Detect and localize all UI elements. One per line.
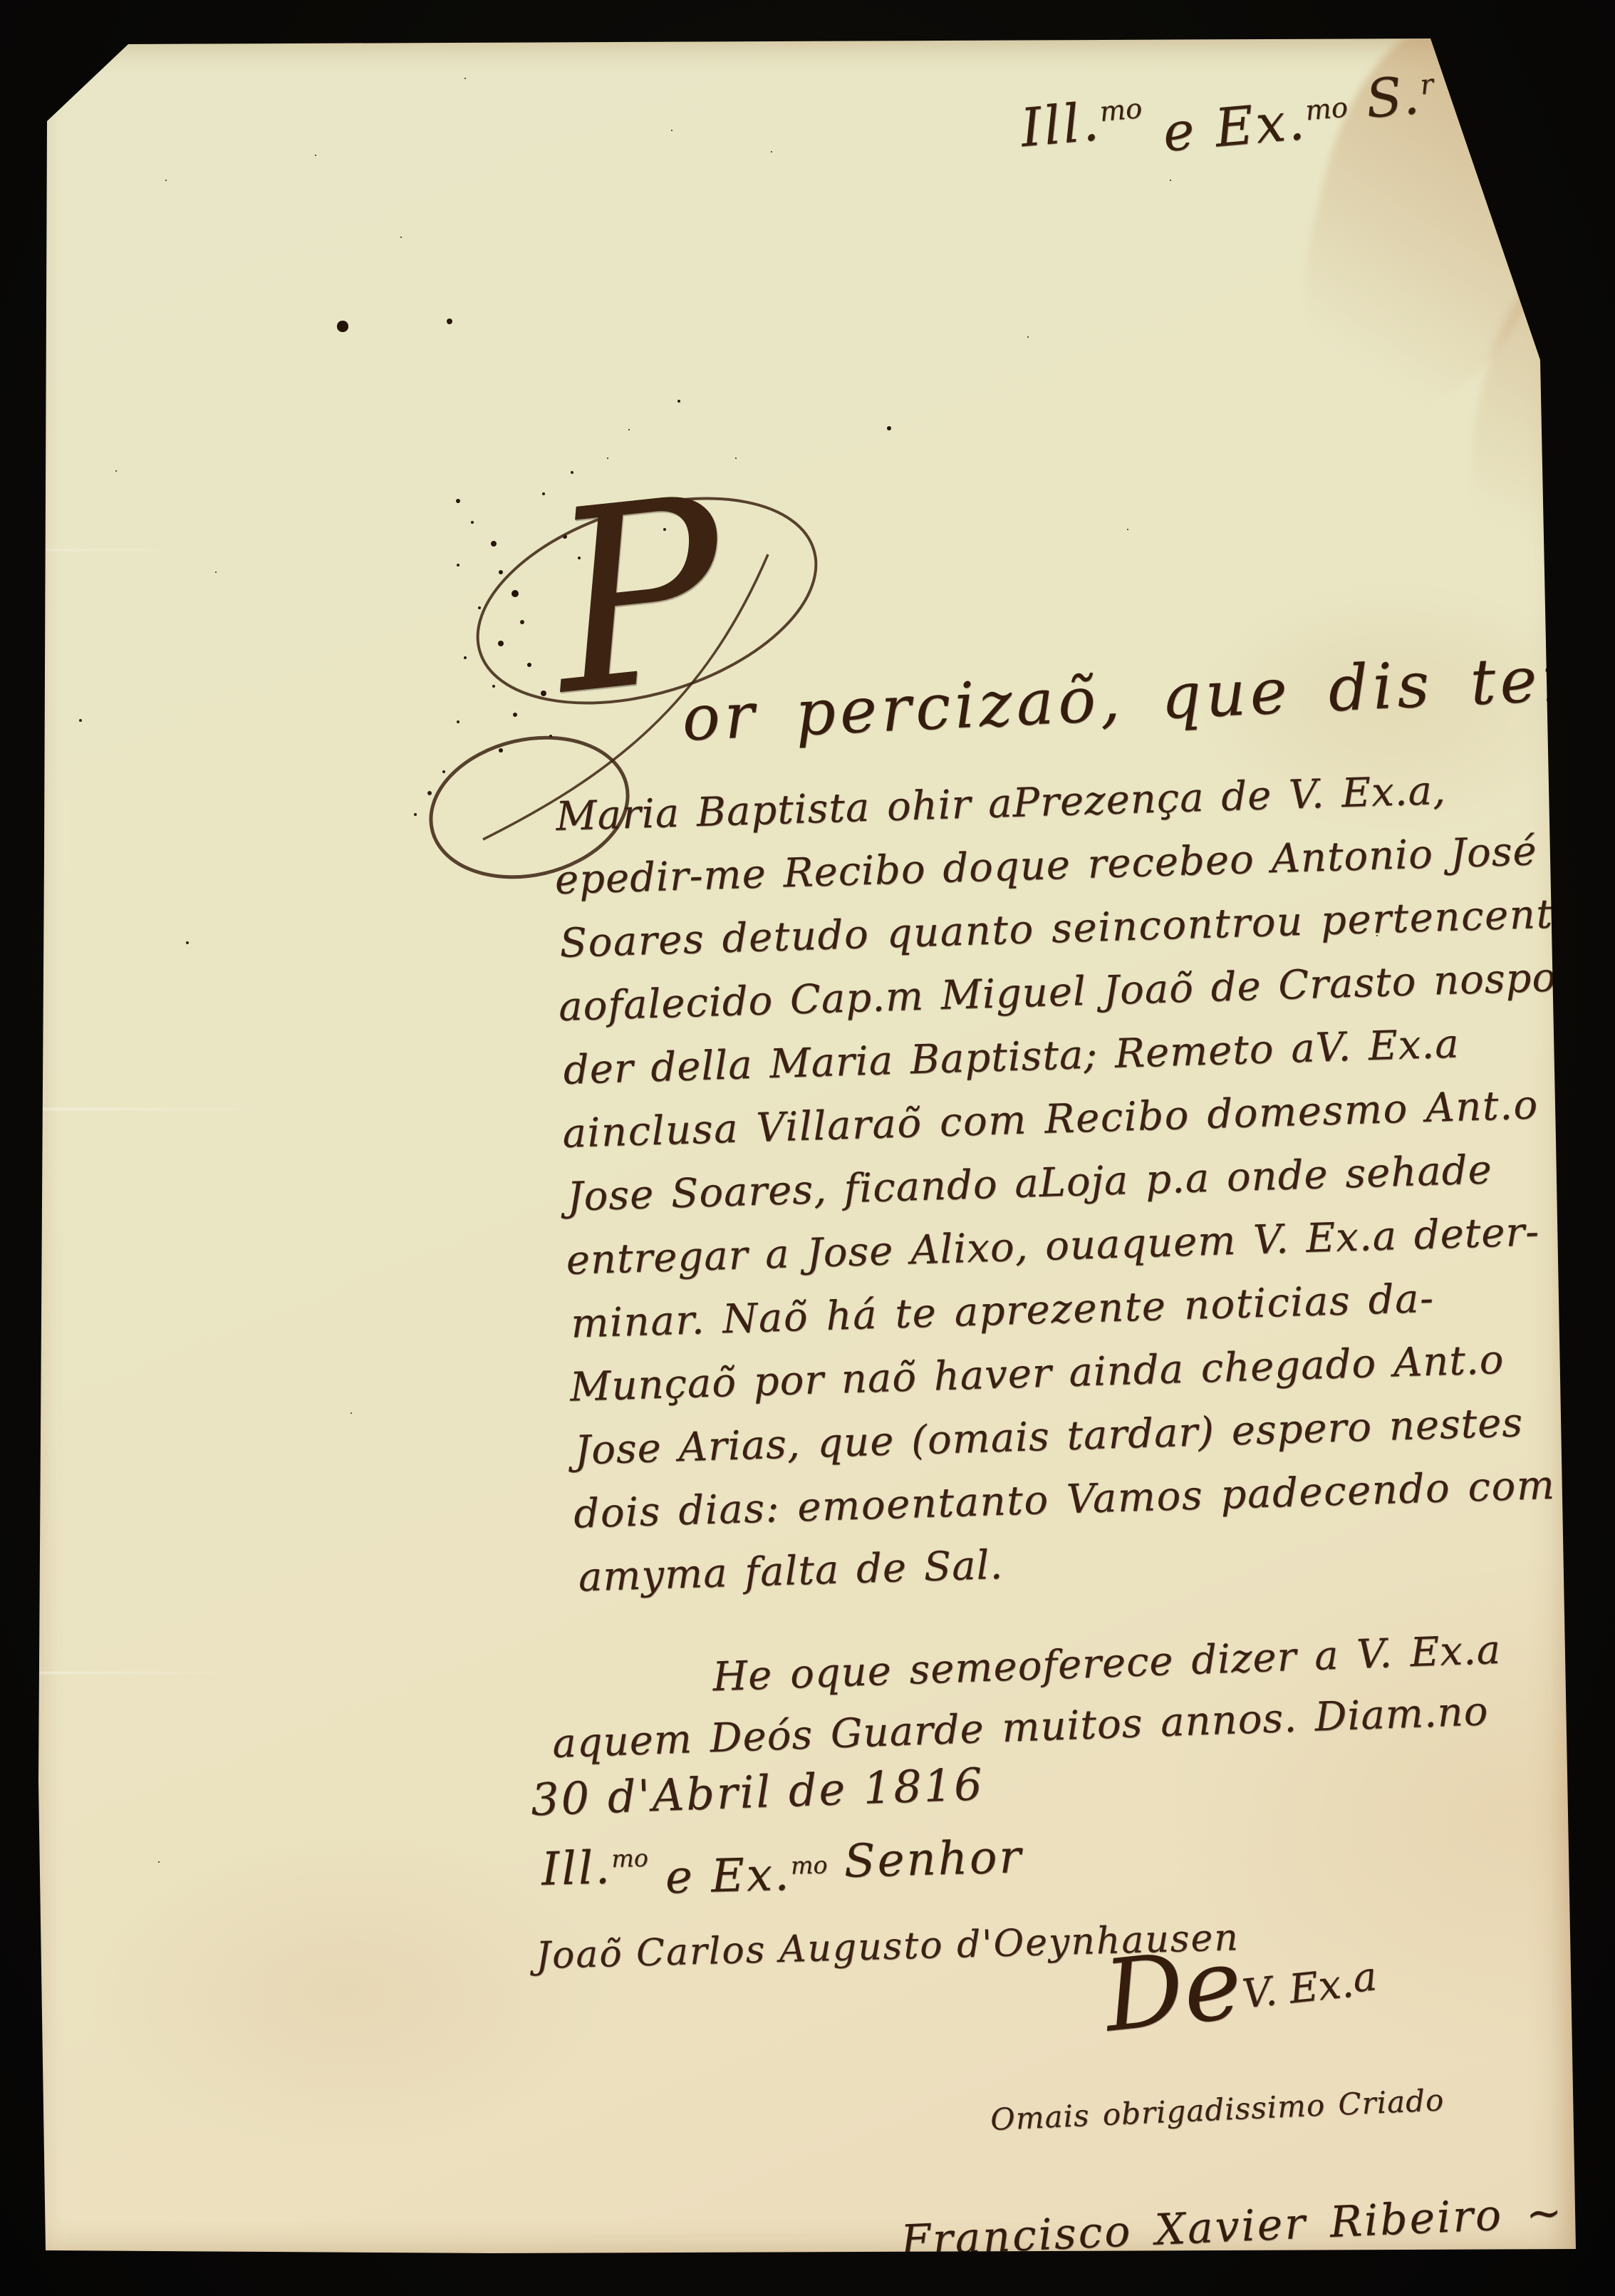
letter-page: Ill.mo e Ex.mo S.r P or percizaõ, que di… [37,36,1577,2258]
photo-background: Ill.mo e Ex.mo S.r P or percizaõ, que di… [0,0,1615,2296]
fold-crease [40,1672,311,1674]
address-part: Senhor [826,1831,1023,1888]
salutation-superscript: r [1419,68,1435,101]
valediction-text: V. Ex. [1240,1960,1356,2018]
date-line: 30 d'Abril de 1816 [530,1758,985,1826]
fold-crease [40,549,225,551]
address-part: Ill. [541,1841,612,1896]
closing-line-2: aquem Deós Guarde muitos annos. Diam.no [551,1688,1489,1767]
salutation-part: e Ex. [1142,91,1309,166]
salutation-part: S. [1344,64,1423,132]
address-superscript: mo [611,1844,649,1873]
valediction-superscript: a [1351,1953,1379,2002]
valediction-subline: Omais obrigadissimo Criado [990,2082,1445,2137]
fold-crease [40,1108,346,1110]
address-superscript: mo [790,1851,828,1879]
closing-line-1: He oque semeoferece dizer a V. Ex.a [712,1627,1502,1701]
salutation-superscript: mo [1304,92,1349,128]
signature: Francisco Xavier Ribeiro ~ [900,2188,1565,2267]
valediction-initial: De [1099,1925,1247,2054]
corner-stain [1274,0,1599,436]
salutation-part: Ill. [1018,91,1103,159]
letter-body: Maria Baptista ohir aPrezença de V. Ex.a… [552,755,1595,1610]
address-line-1: Ill.mo e Ex.mo Senhor [541,1831,1024,1896]
ink-spatter [37,36,41,40]
salutation-superscript: mo [1099,93,1143,128]
address-part: e Ex. [648,1848,792,1905]
